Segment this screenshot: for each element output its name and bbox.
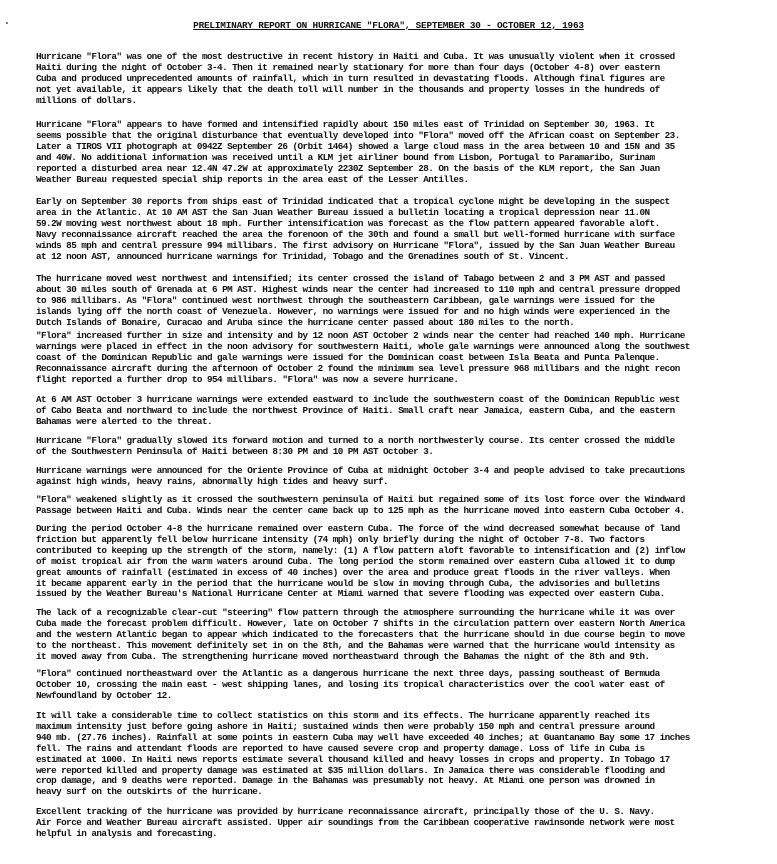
paragraph-tobago-crossing: The hurricane moved west northwest and i…: [36, 274, 748, 329]
paragraph-statistics: It will take a considerable time to coll…: [36, 711, 748, 798]
paragraph-overview: Hurricane "Flora" was one of the most de…: [36, 52, 748, 107]
paragraph-oct-3-warnings: At 6 AM AST October 3 hurricane warnings…: [36, 395, 748, 428]
paragraph-steering: The lack of a recognizable clear-cut "st…: [36, 608, 748, 663]
paragraph-over-cuba: During the period October 4-8 the hurric…: [36, 524, 748, 600]
paragraph-acknowledgement: Excellent tracking of the hurricane was …: [36, 807, 748, 840]
paragraph-formation: Hurricane "Flora" appears to have formed…: [36, 120, 748, 185]
paragraph-cuba-warnings: Hurricane warnings were announced for th…: [36, 466, 748, 488]
document-page: PRELIMINARY REPORT ON HURRICANE "FLORA",…: [0, 0, 777, 864]
document-title: PRELIMINARY REPORT ON HURRICANE "FLORA",…: [0, 20, 777, 31]
paragraph-early-sep-30: Early on September 30 reports from ships…: [36, 197, 748, 262]
paragraph-intensification: "Flora" increased further in size and in…: [36, 331, 748, 386]
paragraph-windward-passage: "Flora" weakened slightly as it crossed …: [36, 495, 748, 517]
paragraph-haiti-crossing: Hurricane "Flora" gradually slowed its f…: [36, 436, 748, 458]
paragraph-atlantic: "Flora" continued northeastward over the…: [36, 669, 748, 702]
